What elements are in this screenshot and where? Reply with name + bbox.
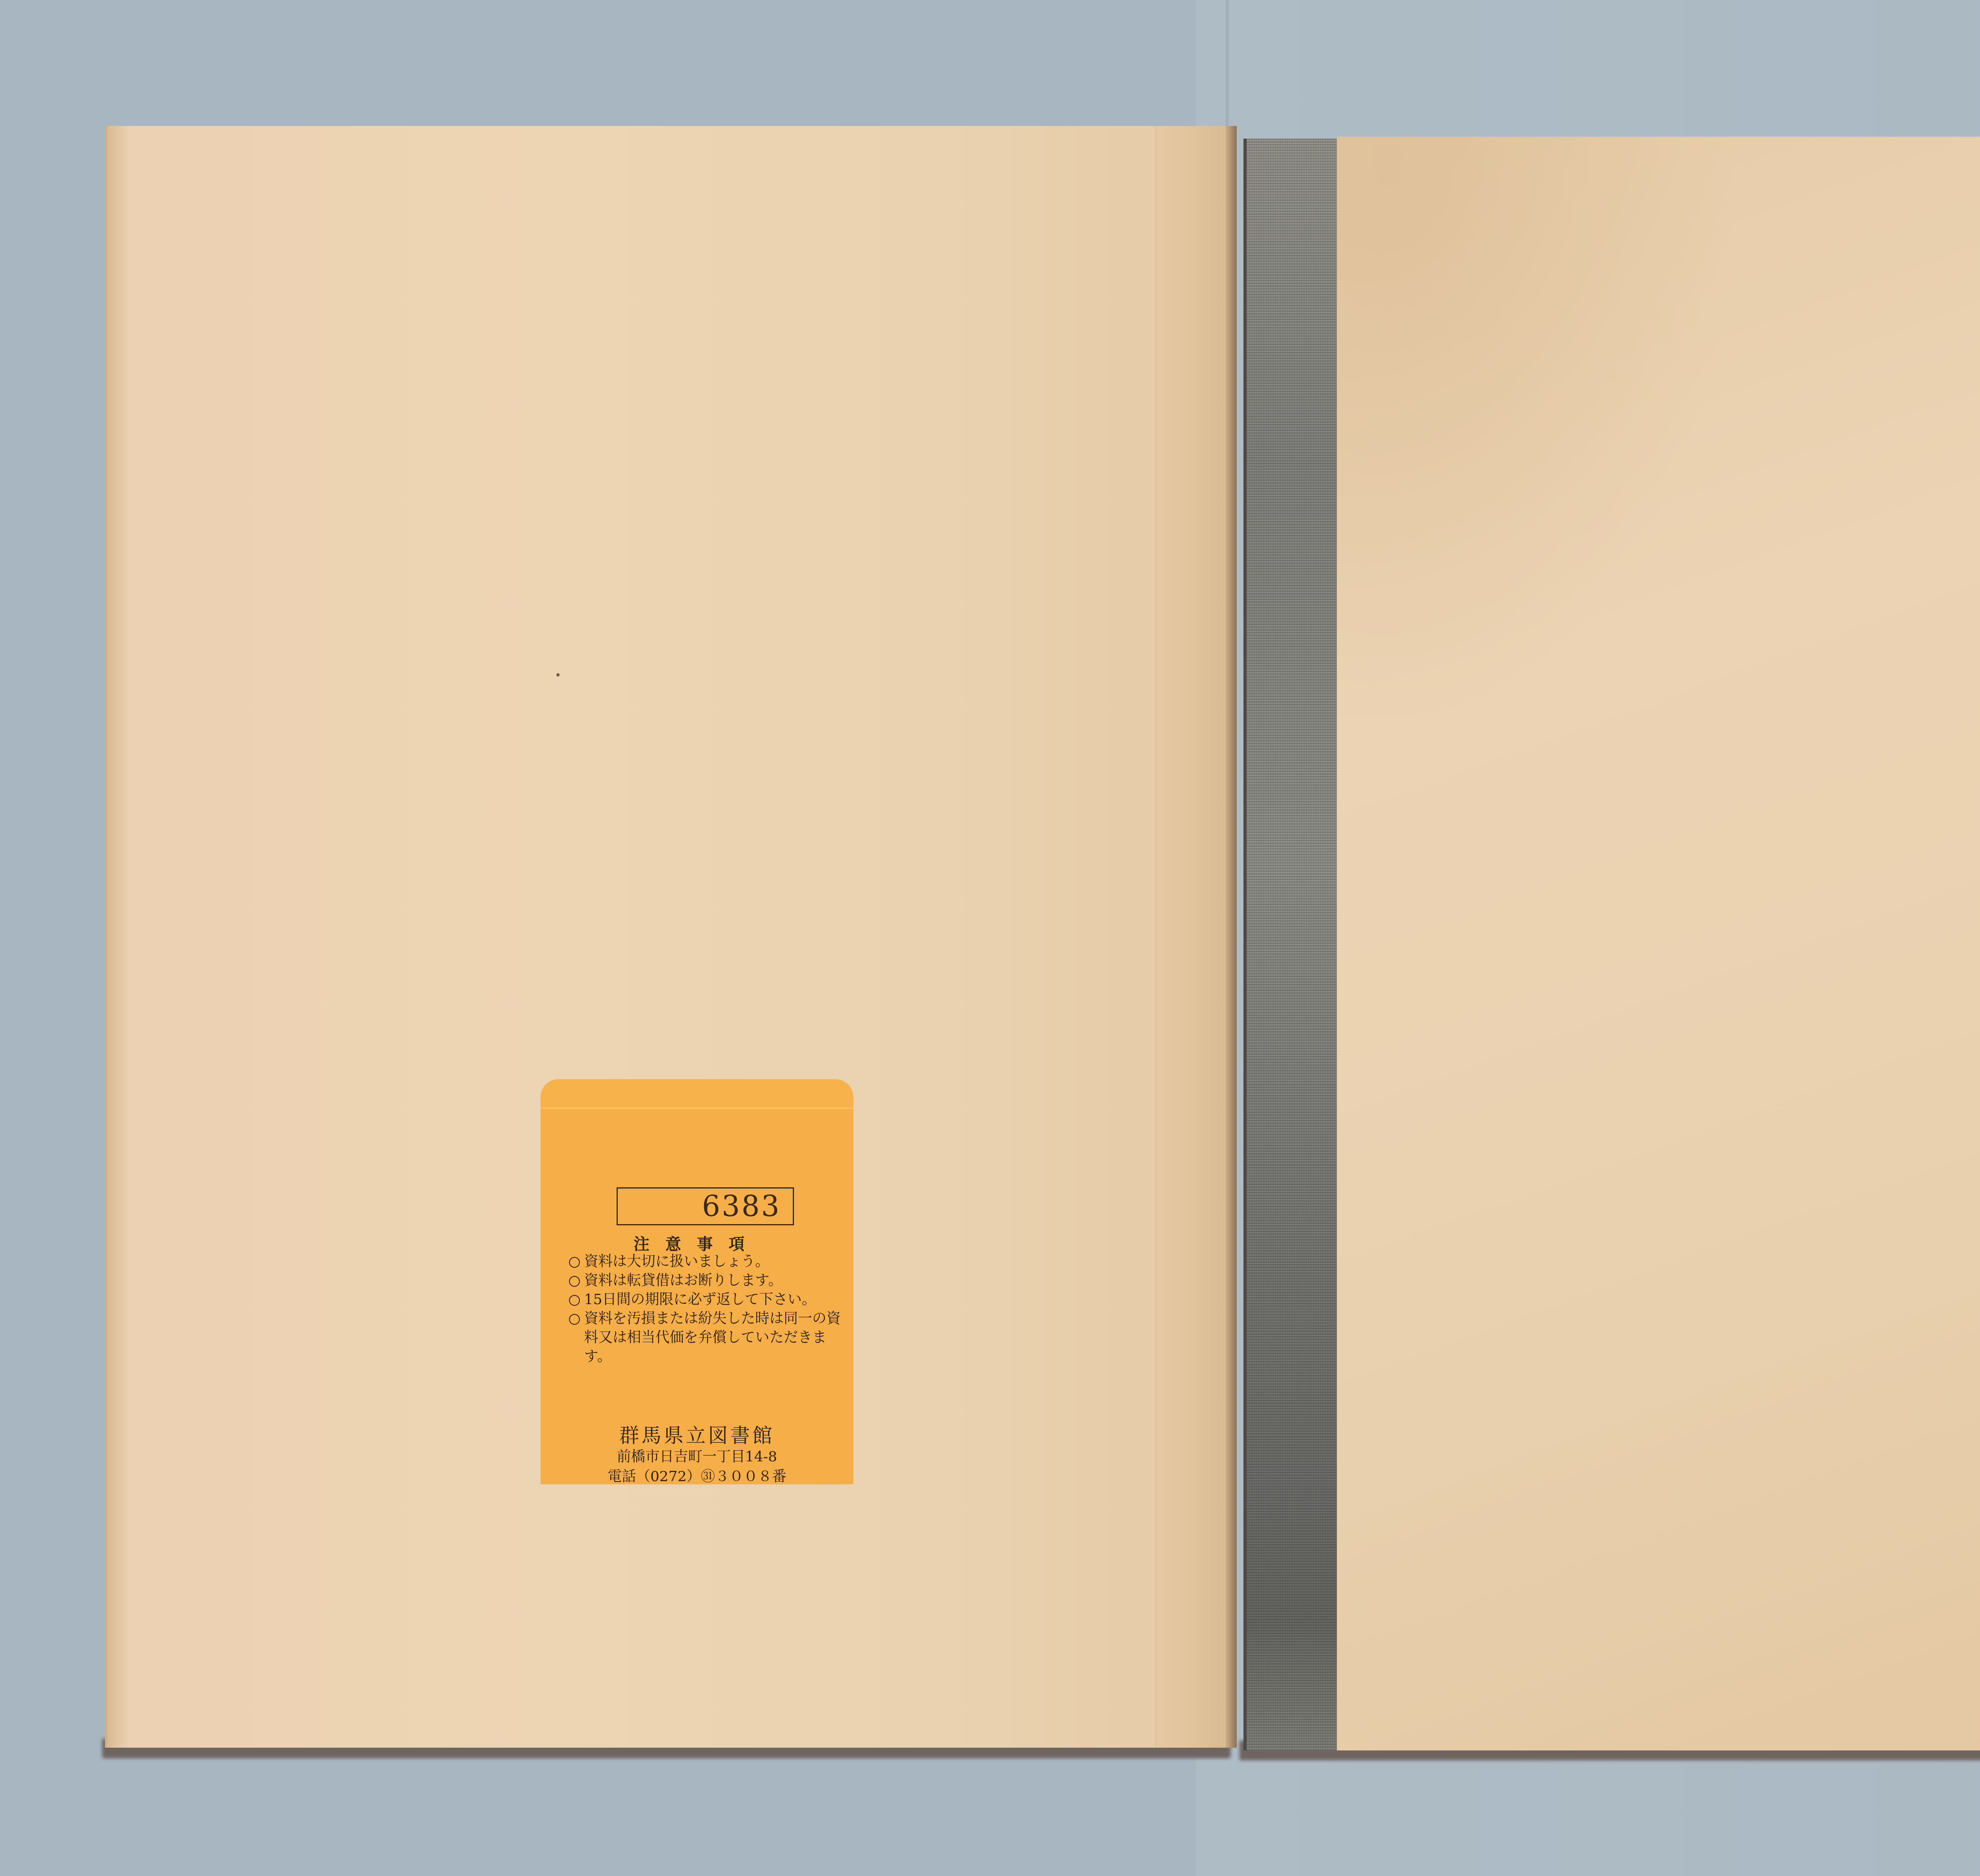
call-number-box: 6383 — [617, 1187, 794, 1225]
rules-list: 資料は大切に扱いましょう。 資料は転貸借はお断りします。 15日間の期限に必ず返… — [568, 1252, 845, 1366]
back-cover-edge — [1226, 126, 1237, 1748]
rule-item: 15日間の期限に必ず返して下さい。 — [568, 1290, 845, 1309]
front-inside-cover — [1337, 137, 1980, 1750]
call-number: 6383 — [702, 1190, 781, 1223]
pocket-body: 6383 注意事項 資料は大切に扱いましょう。 資料は転貸借はお断りします。 1… — [541, 1108, 853, 1484]
speck — [556, 673, 560, 676]
back-cover-hinge — [1155, 126, 1226, 1748]
back-cover — [105, 126, 1226, 1748]
cloth-spine — [1243, 139, 1337, 1750]
library-card-pocket[interactable]: 6383 注意事項 資料は大切に扱いましょう。 資料は転貸借はお断りします。 1… — [541, 1079, 853, 1483]
rule-item: 資料は大切に扱いましょう。 — [568, 1252, 845, 1271]
notice-title: 注意事項 — [541, 1232, 853, 1254]
library-address: 前橋市日吉町一丁目14-8 — [541, 1446, 853, 1466]
background-crease — [1226, 0, 1229, 135]
rule-item: 資料は転貸借はお断りします。 — [568, 1271, 845, 1290]
foxing-stains — [1337, 137, 1980, 1750]
library-name: 群馬県立図書館 — [541, 1420, 853, 1448]
library-telephone: 電話（0272）㉛３００８番 — [541, 1465, 853, 1486]
rule-item: 資料を汚損または紛失した時は同一の資料又は相当代価を弁償していただきます。 — [568, 1309, 845, 1366]
